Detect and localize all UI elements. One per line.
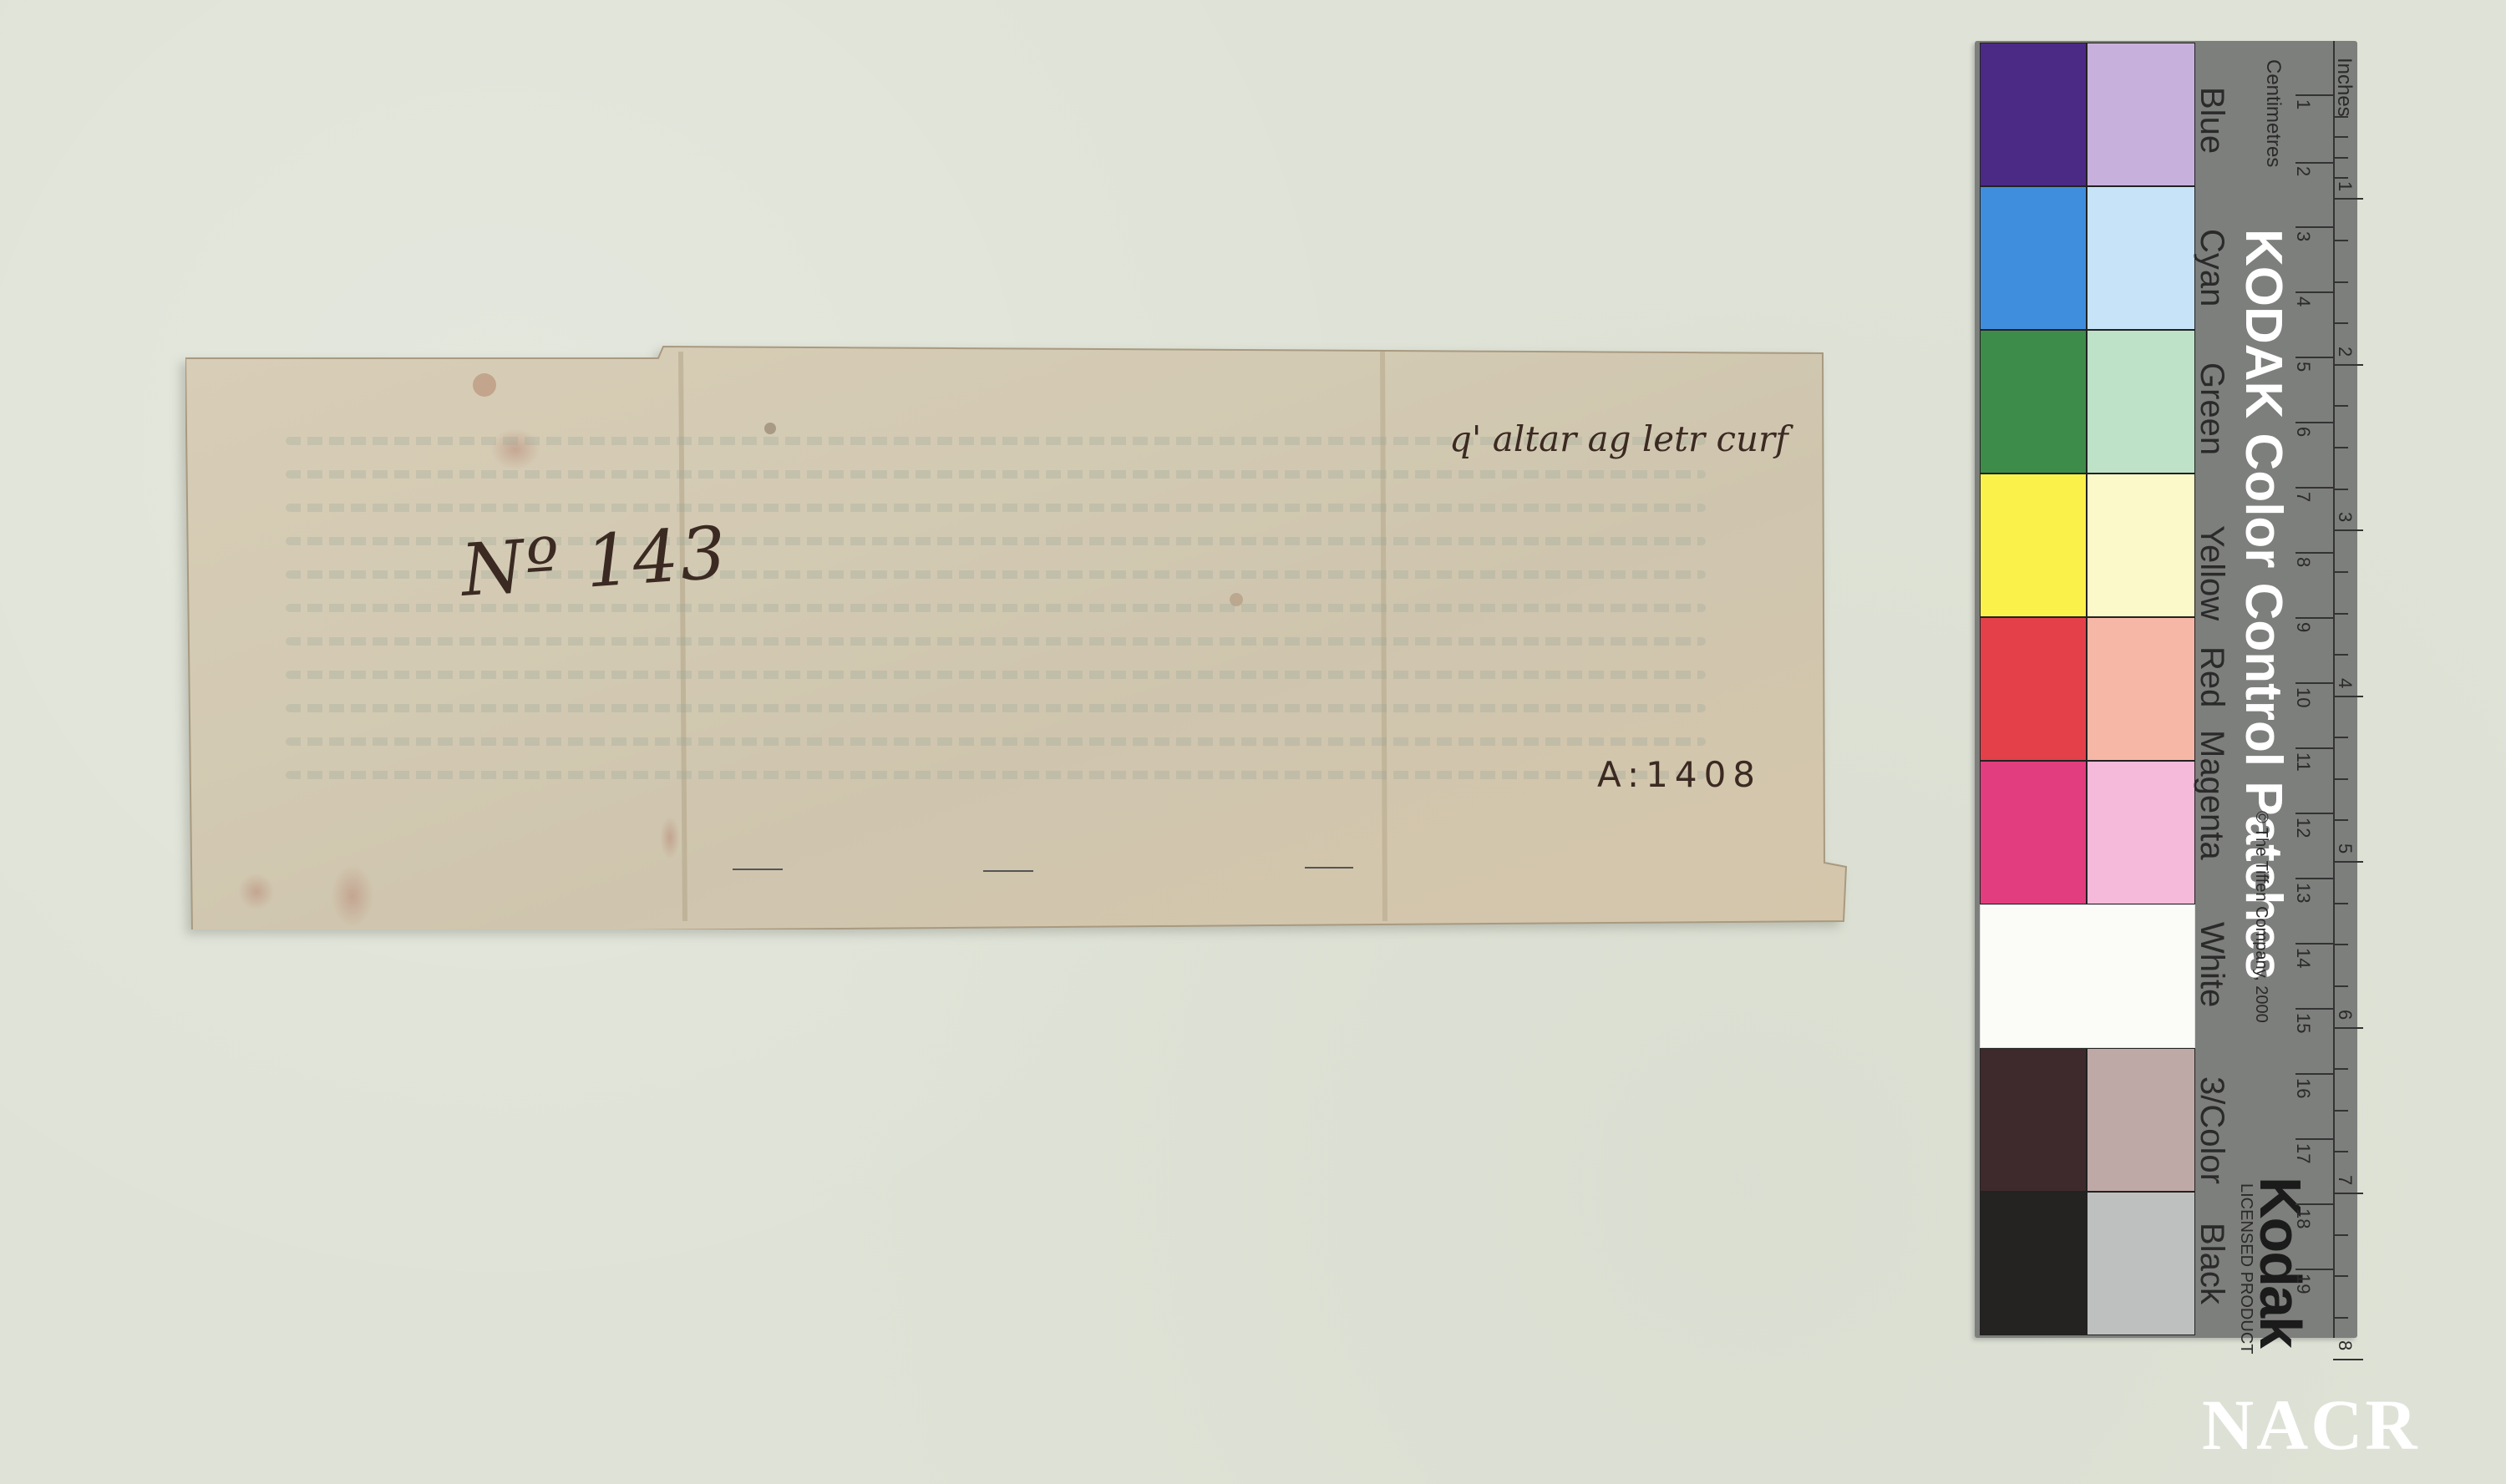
small-tick bbox=[2333, 157, 2348, 159]
patch-3color-dark bbox=[1980, 1048, 2087, 1192]
small-tick bbox=[2333, 281, 2348, 283]
cm-mark: 16 bbox=[2292, 1078, 2314, 1098]
small-tick bbox=[2333, 1317, 2348, 1319]
small-tick bbox=[2333, 571, 2348, 573]
patch-black-dark bbox=[1980, 1192, 2087, 1335]
cm-tick bbox=[2295, 943, 2333, 945]
cm-tick bbox=[2295, 552, 2333, 554]
cm-tick bbox=[2295, 1138, 2333, 1140]
patch-blue-dark bbox=[1980, 43, 2087, 186]
patch-blue-light bbox=[2087, 43, 2195, 186]
cm-tick bbox=[2295, 617, 2333, 619]
label-red: Red bbox=[2193, 646, 2230, 707]
cm-mark: 1 bbox=[2292, 99, 2314, 109]
small-tick bbox=[2333, 405, 2348, 407]
centimetres-label: Centimetres bbox=[2261, 59, 2285, 167]
cm-mark: 9 bbox=[2292, 622, 2314, 632]
small-tick bbox=[2333, 116, 2348, 118]
small-tick bbox=[2333, 322, 2348, 324]
inch-tick bbox=[2333, 198, 2363, 200]
inch-tick bbox=[2333, 1359, 2363, 1360]
year-annotation: A:1408 bbox=[1597, 754, 1762, 795]
small-tick bbox=[2333, 1234, 2348, 1236]
inch-mark: 2 bbox=[2334, 347, 2356, 357]
patch-3color-light bbox=[2087, 1048, 2195, 1192]
color-patch-grid bbox=[1980, 43, 2195, 1335]
label-magenta: Magenta bbox=[2193, 730, 2230, 860]
patch-magenta-light bbox=[2087, 761, 2195, 904]
patch-row-red bbox=[1980, 617, 2195, 761]
card-label-strip: Blue Cyan Green Yellow Red Magenta White… bbox=[2197, 41, 2357, 1338]
cm-tick bbox=[2295, 1008, 2333, 1010]
inch-tick bbox=[2333, 696, 2363, 697]
cm-tick bbox=[2295, 487, 2333, 489]
cm-tick bbox=[2295, 226, 2333, 228]
small-tick bbox=[2333, 447, 2348, 448]
patch-row-white bbox=[1980, 904, 2195, 1048]
kodak-color-control-card: Blue Cyan Green Yellow Red Magenta White… bbox=[1975, 41, 2357, 1338]
cm-mark: 11 bbox=[2292, 752, 2314, 772]
dorsal-title-annotation: q' altar ag letr curf bbox=[1449, 418, 1788, 459]
label-black: Black bbox=[2193, 1223, 2230, 1304]
small-tick bbox=[2333, 489, 2348, 490]
patch-yellow-dark bbox=[1980, 474, 2087, 617]
small-tick bbox=[2333, 177, 2348, 179]
label-cyan: Cyan bbox=[2193, 229, 2230, 306]
inch-mark: 7 bbox=[2334, 1175, 2356, 1185]
label-green: Green bbox=[2193, 362, 2230, 455]
cm-tick bbox=[2295, 1269, 2333, 1270]
inch-tick bbox=[2333, 861, 2363, 863]
patch-red-dark bbox=[1980, 617, 2087, 761]
patch-cyan-light bbox=[2087, 186, 2195, 330]
cm-tick bbox=[2295, 878, 2333, 879]
inch-tick bbox=[2333, 529, 2363, 531]
cm-mark: 4 bbox=[2292, 296, 2314, 306]
inch-tick bbox=[2333, 1193, 2363, 1194]
patch-row-black bbox=[1980, 1192, 2195, 1335]
cm-mark: 17 bbox=[2292, 1143, 2314, 1163]
cm-tick bbox=[2295, 422, 2333, 423]
patch-row-blue bbox=[1980, 43, 2195, 186]
inches-label: Inches bbox=[2332, 58, 2356, 117]
small-tick bbox=[2333, 1110, 2348, 1112]
cm-mark: 5 bbox=[2292, 362, 2314, 372]
label-yellow: Yellow bbox=[2193, 525, 2230, 620]
card-copyright: © The Tiffen Company, 2000 bbox=[2251, 811, 2270, 1023]
inch-mark: 6 bbox=[2334, 1010, 2356, 1020]
inch-mark: 5 bbox=[2334, 843, 2356, 853]
cm-tick bbox=[2295, 291, 2333, 293]
bleed-through-text bbox=[286, 437, 1706, 821]
cm-tick bbox=[2295, 1203, 2333, 1205]
patch-row-3color bbox=[1980, 1048, 2195, 1192]
label-white: White bbox=[2193, 922, 2230, 1007]
patch-row-magenta bbox=[1980, 761, 2195, 904]
inch-mark: 3 bbox=[2334, 512, 2356, 522]
cm-mark: 12 bbox=[2292, 818, 2314, 838]
patch-row-cyan bbox=[1980, 186, 2195, 330]
cm-tick bbox=[2295, 357, 2333, 358]
label-3color: 3/Color bbox=[2193, 1076, 2230, 1184]
nacr-watermark-logo: NACR bbox=[2202, 1383, 2419, 1466]
cm-mark: 3 bbox=[2292, 231, 2314, 241]
inch-mark: 1 bbox=[2334, 181, 2356, 191]
inch-tick bbox=[2333, 364, 2363, 366]
cm-mark: 18 bbox=[2292, 1208, 2314, 1228]
patch-green-light bbox=[2087, 330, 2195, 474]
cm-tick bbox=[2295, 747, 2333, 749]
small-tick bbox=[2333, 136, 2348, 138]
small-tick bbox=[2333, 985, 2348, 987]
label-blue: Blue bbox=[2193, 87, 2230, 154]
inch-mark: 8 bbox=[2334, 1340, 2356, 1350]
patch-black-light bbox=[2087, 1192, 2195, 1335]
small-tick bbox=[2333, 903, 2348, 904]
small-tick bbox=[2333, 737, 2348, 738]
cm-mark: 14 bbox=[2292, 948, 2314, 968]
cm-mark: 19 bbox=[2292, 1274, 2314, 1294]
licensed-product-text: LICENSED PRODUCT bbox=[2236, 1183, 2255, 1354]
inch-mark: 4 bbox=[2334, 678, 2356, 688]
small-tick bbox=[2333, 944, 2348, 945]
inch-tick bbox=[2333, 1027, 2363, 1029]
cm-mark: 10 bbox=[2292, 687, 2314, 707]
small-tick bbox=[2333, 1068, 2348, 1070]
patch-red-light bbox=[2087, 617, 2195, 761]
patch-yellow-light bbox=[2087, 474, 2195, 617]
cm-tick bbox=[2295, 94, 2333, 96]
small-tick bbox=[2333, 1151, 2348, 1152]
cm-tick bbox=[2295, 1073, 2333, 1075]
parchment-document: Nº 143 q' altar ag letr curf A:1408 bbox=[185, 345, 1848, 929]
patch-row-yellow bbox=[1980, 474, 2195, 617]
small-tick bbox=[2333, 654, 2348, 656]
cm-mark: 2 bbox=[2292, 166, 2314, 176]
kodak-logo: Kodak bbox=[2247, 1177, 2314, 1347]
patch-cyan-dark bbox=[1980, 186, 2087, 330]
cm-tick bbox=[2295, 682, 2333, 684]
small-tick bbox=[2333, 778, 2348, 780]
cm-tick bbox=[2295, 813, 2333, 814]
patch-white bbox=[1980, 904, 2195, 1048]
small-tick bbox=[2333, 613, 2348, 615]
cm-mark: 15 bbox=[2292, 1013, 2314, 1033]
patch-row-green bbox=[1980, 330, 2195, 474]
cm-mark: 6 bbox=[2292, 427, 2314, 437]
cm-mark: 8 bbox=[2292, 557, 2314, 567]
small-tick bbox=[2333, 240, 2348, 241]
patch-magenta-dark bbox=[1980, 761, 2087, 904]
ruler-line bbox=[2333, 41, 2335, 1338]
patch-green-dark bbox=[1980, 330, 2087, 474]
small-tick bbox=[2333, 1275, 2348, 1277]
cm-mark: 13 bbox=[2292, 883, 2314, 903]
small-tick bbox=[2333, 819, 2348, 821]
cm-mark: 7 bbox=[2292, 492, 2314, 502]
cm-tick bbox=[2295, 162, 2333, 164]
